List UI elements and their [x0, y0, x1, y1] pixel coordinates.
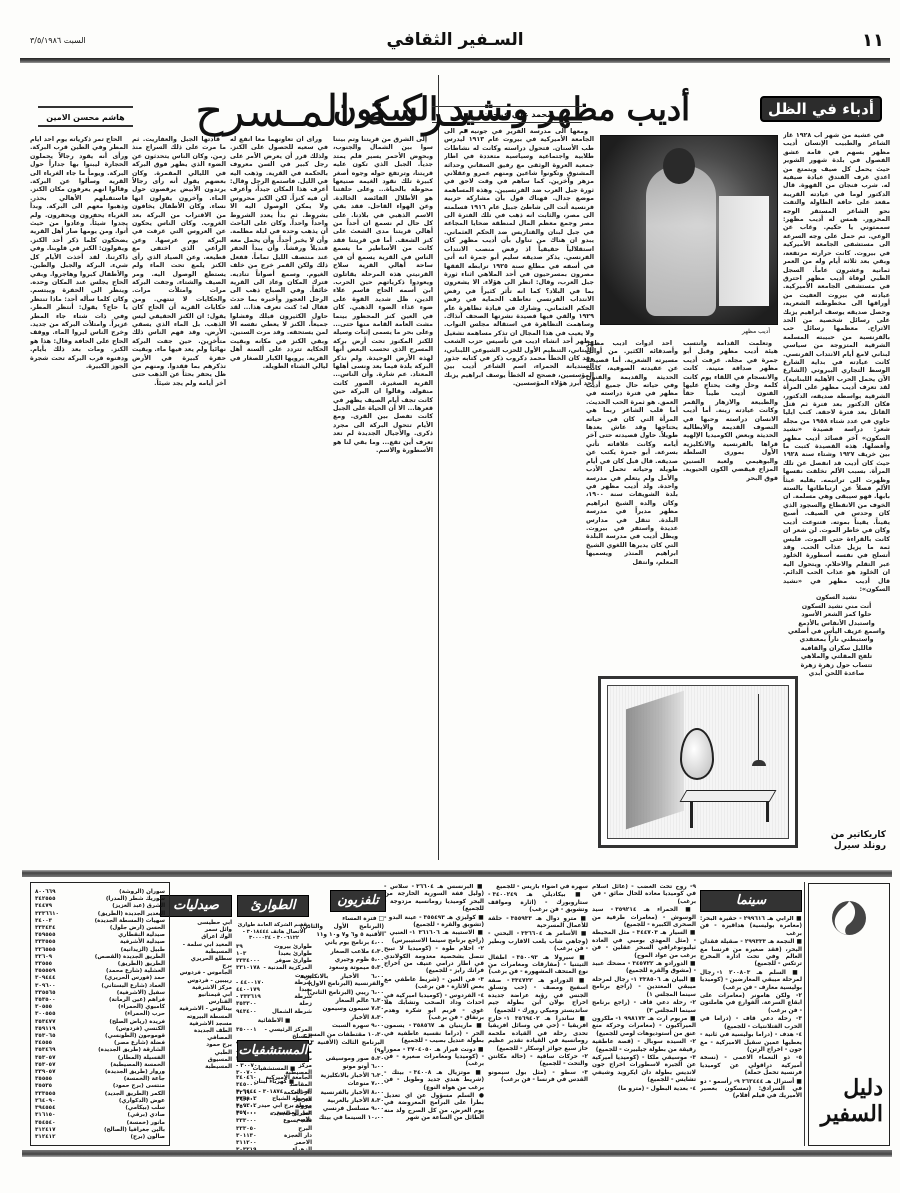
cartoon-credit: كاريكاتير من رونلد سيرل [806, 830, 886, 852]
cinema-listings-cont-2: سهرة في أضواء باريس - للجميع ■ بيكاديلي … [488, 884, 588, 1146]
directory-row: قلب يسوع٣٣٣٠٠٠ [236, 1118, 312, 1125]
theatre-listings: ■ البرنسس هـ ٣٦٦٠٤ - سلاس - (وليل ففة ال… [384, 884, 484, 1146]
tv-listings: □ فترة المساء (البرنامج الأول والثاني) ا… [300, 916, 384, 1146]
masthead: ١١ السـفير الثقافي السبت ٣/٥/١٩٨٦ [20, 30, 890, 56]
directory-row: البربير٣٦٣٣٠٠ [236, 1097, 312, 1104]
section-header-tv: تلفزيون [330, 890, 386, 912]
directory-row: الطريق الجديدة٣٠٦٠٠٠ [236, 1111, 312, 1118]
section-header-hospitals: المستشفيات [237, 1040, 309, 1062]
lamp-icon [752, 760, 766, 766]
directory-row: دار العجزة٣٠١١٣٠ [236, 1133, 312, 1140]
byline-rule [38, 106, 133, 108]
article1-column-1: في عشية من شهر آب ١٩٢٨ غاز الشاعر والطبي… [783, 132, 890, 730]
directory-row: طوارئ بعبدا١٠٣ [236, 951, 312, 958]
photo-caption: أديب مظهر [630, 328, 770, 335]
directory-row: الاحمر٣١١٢٠٠ [236, 1140, 312, 1147]
cinema-listings: ■ الرابي هـ ٢٩٩٦١٦ - حقيرة البحر: (مغامر… [700, 916, 802, 1146]
article2-column-3: قادتها الجبل والعفاريت. ثم ما مرت على ذل… [132, 136, 226, 858]
directory-row: شرطة الشمال٩٤٣٤٠٠ [236, 1009, 312, 1016]
directory-row: المركزية المدنية - بيروت٣٣١٠١٧٨ [236, 965, 312, 979]
listings-top-rule [22, 870, 892, 877]
issue-date: السبت ٣/٥/١٩٨٦ [30, 36, 86, 45]
column-kicker: أدباء في الظل [760, 96, 882, 122]
article2-column-2: ورأى أن تعاونهما معاً أنفع له في سعيه لل… [230, 136, 328, 858]
section-title: السـفير الثقافي [20, 30, 890, 50]
pharmacies-directory-b: سوران (الروشة)٨٠٠٦٦٩ سوريك شطر (المدرا)٣… [35, 889, 165, 1141]
article1-column-4: أحد أدوات أديب مظهر وأصدقائه الكثير. من … [586, 340, 678, 670]
section-header-emergency: الطوارئ [237, 895, 309, 917]
listings-divider [804, 882, 805, 1146]
directory-row: البرج٣٣٣٠٥٠ [236, 1126, 312, 1133]
article1-byline: محمد علي فرحات [457, 110, 577, 119]
directory-row: شرطة بعبدا٤٤٠٠١٧٠ - ٤٤٠٠١٧٩ [236, 980, 312, 994]
directory-row: المقاصد٣٤٥٠٠٠ [236, 1082, 312, 1089]
egg-mirror-icon [680, 728, 714, 780]
listings-bottom-rule [22, 1150, 892, 1157]
article1-column-3: وتعلمت القدامة وانتسب هيئة أديب مظهر وقب… [683, 340, 778, 670]
guide-title: دليل السفير [821, 1075, 883, 1127]
directory-row: بيروت٣٥٠٠٠٠ [236, 1104, 312, 1111]
section-header-cinema: سينما [700, 890, 802, 912]
byline-rule [38, 125, 133, 127]
guide-box: دليل السفير [808, 883, 890, 1146]
directory-row: طوارئ بيروت٣٩ [236, 944, 312, 951]
article-divider [438, 75, 439, 860]
pharmacies-box: سوران (الروشة)٨٠٠٦٦٩ سوريك شطر (المدرا)٣… [30, 882, 170, 1146]
hospitals-directory: ■ المستشفيات الجامعة الاميركية٣٤٠٤٦٠ الم… [236, 1064, 312, 1154]
directory-row: الجامعة الاميركية٣٤٠٤٦٠ [236, 1075, 312, 1082]
masthead-rule [20, 58, 890, 63]
table-drawing [680, 790, 777, 802]
article2-byline: هاشم محسن الامين [38, 113, 133, 122]
pharmacies-directory-a: ابي حطيسى وائل سمر الوك اعراق المعيد ابي… [174, 920, 232, 1071]
section-header-pharmacies: صيدليات [160, 895, 232, 917]
directory-row: دار الحكمة٣٢٦٦٠٠ [236, 1090, 312, 1097]
article2-column-4: الحاج تمر ذكرياته يوم أحد أيام المطر وفي… [30, 136, 128, 858]
author-photo [600, 135, 778, 325]
article2-column-1: إلى الشرق من قريتنا وتم بيننا سوا بين ال… [333, 136, 433, 858]
article1-column-2: ومعها الى مدرسة الفرير في جونيه ثم الى ا… [444, 128, 594, 840]
cinema-listings-cont: ٩- روح تحت الغضب - (عائل اسلام في كوميدي… [592, 884, 696, 1146]
directory-row: شرطة زحلة٣٣٣٦١٩ - ٣٥٣٣٠٠ [236, 994, 312, 1008]
safir-logo-icon [825, 898, 873, 938]
article2-headline: بـركـة المـسرح [195, 86, 472, 137]
poem-title: نشيد السكون [783, 594, 890, 602]
cartoon-illustration [598, 676, 798, 848]
